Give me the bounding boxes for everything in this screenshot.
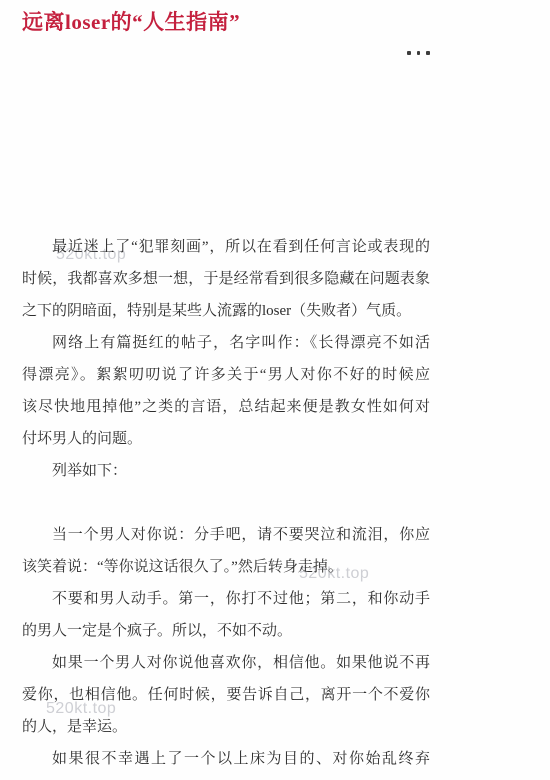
paragraph: 不要和男人动手。第一，你打不过他；第二，和你动手 的男人一定是个疯子。所以，不如…: [22, 583, 430, 647]
paragraph: 当一个男人对你说：分手吧，请不要哭泣和流泪，你应 该笑着说：“等你说这话很久了。…: [22, 519, 430, 583]
blank-line: [22, 487, 430, 519]
paragraph: 如果一个男人对你说他喜欢你，相信他。如果他说不再 爱你，也相信他。任何时候，要告…: [22, 647, 430, 743]
paragraph: 如果很不幸遇上了一个以上床为目的、对你始乱终弃: [22, 743, 430, 775]
text-line: 时候，我都喜欢多想一想，于是经常看到很多隐藏在问题表象: [22, 263, 430, 295]
dot-icon: [407, 51, 411, 55]
text-line: 的人，是幸运。: [22, 711, 430, 743]
text-line: 如果一个男人对你说他喜欢你，相信他。如果他说不再: [22, 647, 430, 679]
text-line: 该尽快地甩掉他”之类的言语，总结起来便是教女性如何对: [22, 391, 430, 423]
text-line: 付坏男人的问题。: [22, 423, 430, 455]
book-page: 远离loser的“人生指南” 520kt.top 520kt.top 520kt…: [0, 0, 550, 780]
text-line: 的男人一定是个疯子。所以，不如不动。: [22, 615, 430, 647]
text-line: 该笑着说：“等你说这话很久了。”然后转身走掉。: [22, 551, 430, 583]
page-title: 远离loser的“人生指南”: [22, 6, 240, 36]
paragraph: 最近迷上了“犯罪刻画”，所以在看到任何言论或表现的 时候，我都喜欢多想一想，于是…: [22, 231, 430, 327]
dot-icon: [417, 51, 421, 55]
text-line: 如果很不幸遇上了一个以上床为目的、对你始乱终弃: [22, 743, 430, 775]
dot-icon: [426, 51, 430, 55]
text-line: 不要和男人动手。第一，你打不过他；第二，和你动手: [22, 583, 430, 615]
text-line: 得漂亮》。絮絮叨叨说了许多关于“男人对你不好的时候应: [22, 359, 430, 391]
ellipsis-icon: [407, 51, 430, 55]
text-line: 列举如下：: [22, 455, 430, 487]
text-line: 爱你，也相信他。任何时候，要告诉自己，离开一个不爱你: [22, 679, 430, 711]
body-text: 最近迷上了“犯罪刻画”，所以在看到任何言论或表现的 时候，我都喜欢多想一想，于是…: [22, 231, 430, 775]
paragraph: 网络上有篇挺红的帖子，名字叫作：《长得漂亮不如活 得漂亮》。絮絮叨叨说了许多关于…: [22, 327, 430, 455]
paragraph: 列举如下：: [22, 455, 430, 487]
text-line: 网络上有篇挺红的帖子，名字叫作：《长得漂亮不如活: [22, 327, 430, 359]
text-line: 之下的阴暗面，特别是某些人流露的loser（失败者）气质。: [22, 295, 430, 327]
text-line: 当一个男人对你说：分手吧，请不要哭泣和流泪，你应: [22, 519, 430, 551]
text-line: 最近迷上了“犯罪刻画”，所以在看到任何言论或表现的: [22, 231, 430, 263]
